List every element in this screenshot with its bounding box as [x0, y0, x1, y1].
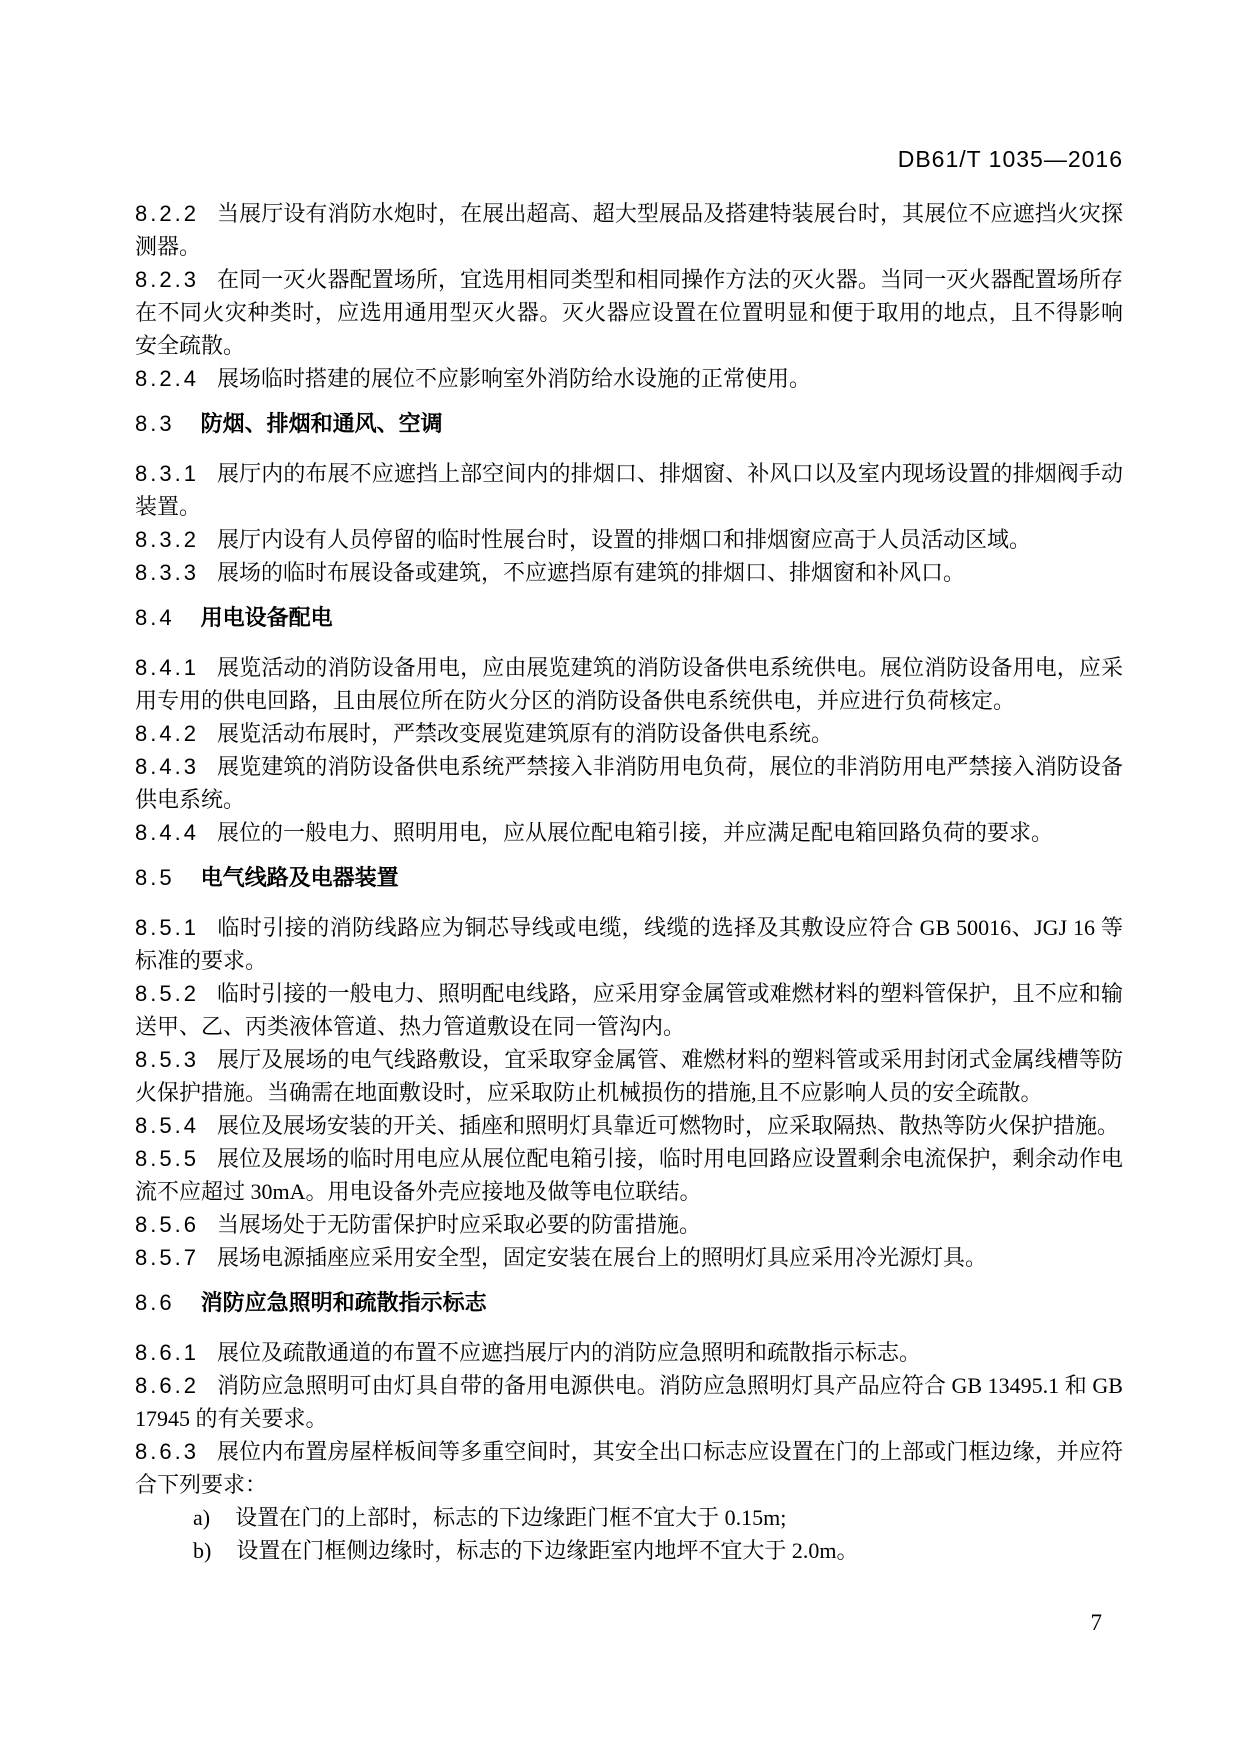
clause-number: 8.3.3: [135, 560, 199, 585]
clause-text: 展位的一般电力、照明用电，应从展位配电箱引接，并应满足配电箱回路负荷的要求。: [217, 820, 1053, 845]
clause-8.5.5: 8.5.5展位及展场的临时用电应从展位配电箱引接，临时用电回路应设置剩余电流保护…: [135, 1142, 1123, 1208]
clause-number: 8.4.1: [135, 655, 199, 680]
clause-text: 展览建筑的消防设备供电系统严禁接入非消防用电负荷，展位的非消防用电严禁接入消防设…: [135, 754, 1123, 812]
clause-number: 8.5.5: [135, 1146, 199, 1171]
section-title: 电气线路及电器装置: [201, 865, 399, 890]
standard-number-header: DB61/T 1035—2016: [0, 146, 1123, 173]
clause-number: 8.2.3: [135, 267, 199, 292]
clause-8.6.2: 8.6.2消防应急照明可由灯具自带的备用电源供电。消防应急照明灯具产品应符合 G…: [135, 1369, 1123, 1435]
clause-8.5.3: 8.5.3展厅及展场的电气线路敷设，宜采取穿金属管、难燃材料的塑料管或采用封闭式…: [135, 1043, 1123, 1109]
page-number: 7: [1091, 1610, 1103, 1636]
clause-text: 设置在门的上部时，标志的下边缘距门框不宜大于 0.15m;: [235, 1505, 786, 1530]
clause-text: 当展厅设有消防水炮时，在展出超高、超大型展品及搭建特装展台时，其展位不应遮挡火灾…: [135, 201, 1123, 259]
section-number: 8.4: [135, 605, 175, 630]
clause-number: 8.5.2: [135, 981, 199, 1006]
clause-text: 在同一灭火器配置场所，宜选用相同类型和相同操作方法的灭火器。当同一灭火器配置场所…: [135, 267, 1123, 358]
clause-8.6.1: 8.6.1展位及疏散通道的布置不应遮挡展厅内的消防应急照明和疏散指示标志。: [135, 1336, 1123, 1369]
clause-number: 8.3.2: [135, 527, 199, 552]
section-heading-8.5: 8.5电气线路及电器装置: [135, 861, 1123, 894]
clause-number: 8.4.3: [135, 754, 199, 779]
clause-text: 展场电源插座应采用安全型，固定安装在展台上的照明灯具应采用冷光源灯具。: [217, 1245, 987, 1270]
clause-8.5.4: 8.5.4展位及展场安装的开关、插座和照明灯具靠近可燃物时，应采取隔热、散热等防…: [135, 1109, 1123, 1142]
list-item-b: b)设置在门框侧边缘时，标志的下边缘距室内地坪不宜大于 2.0m。: [135, 1534, 1123, 1567]
clause-8.2.3: 8.2.3在同一灭火器配置场所，宜选用相同类型和相同操作方法的灭火器。当同一灭火…: [135, 263, 1123, 362]
section-heading-8.3: 8.3防烟、排烟和通风、空调: [135, 407, 1123, 440]
clause-text: 展位及展场安装的开关、插座和照明灯具靠近可燃物时，应采取隔热、散热等防火保护措施…: [217, 1113, 1119, 1138]
clause-8.5.6: 8.5.6当展场处于无防雷保护时应采取必要的防雷措施。: [135, 1208, 1123, 1241]
section-heading-8.4: 8.4用电设备配电: [135, 601, 1123, 634]
clause-number: 8.4.4: [135, 820, 199, 845]
clause-8.2.4: 8.2.4展场临时搭建的展位不应影响室外消防给水设施的正常使用。: [135, 362, 1123, 395]
clause-text: 展厅及展场的电气线路敷设，宜采取穿金属管、难燃材料的塑料管或采用封闭式金属线槽等…: [135, 1047, 1123, 1105]
section-heading-8.6: 8.6消防应急照明和疏散指示标志: [135, 1286, 1123, 1319]
clause-text: 展厅内的布展不应遮挡上部空间内的排烟口、排烟窗、补风口以及室内现场设置的排烟阀手…: [135, 461, 1123, 519]
clause-number: 8.6.3: [135, 1439, 199, 1464]
clause-text: 展览活动的消防设备用电，应由展览建筑的消防设备供电系统供电。展位消防设备用电，应…: [135, 655, 1123, 713]
section-number: 8.6: [135, 1290, 175, 1315]
clause-8.5.7: 8.5.7展场电源插座应采用安全型，固定安装在展台上的照明灯具应采用冷光源灯具。: [135, 1241, 1123, 1274]
clause-8.5.1: 8.5.1临时引接的消防线路应为铜芯导线或电缆，线缆的选择及其敷设应符合 GB …: [135, 911, 1123, 977]
clause-text: 展场临时搭建的展位不应影响室外消防给水设施的正常使用。: [217, 366, 811, 391]
clause-8.4.2: 8.4.2展览活动布展时，严禁改变展览建筑原有的消防设备供电系统。: [135, 717, 1123, 750]
clause-number: 8.5.4: [135, 1113, 199, 1138]
clause-text: 展位及疏散通道的布置不应遮挡展厅内的消防应急照明和疏散指示标志。: [217, 1340, 921, 1365]
clause-text: 设置在门框侧边缘时，标志的下边缘距室内地坪不宜大于 2.0m。: [236, 1538, 858, 1563]
clause-number: 8.2.4: [135, 366, 199, 391]
clause-8.4.4: 8.4.4展位的一般电力、照明用电，应从展位配电箱引接，并应满足配电箱回路负荷的…: [135, 816, 1123, 849]
clause-8.3.2: 8.3.2展厅内设有人员停留的临时性展台时，设置的排烟口和排烟窗应高于人员活动区…: [135, 523, 1123, 556]
clause-number: 8.4.2: [135, 721, 199, 746]
list-item-a: a)设置在门的上部时，标志的下边缘距门框不宜大于 0.15m;: [135, 1501, 1123, 1534]
clause-number: 8.6.2: [135, 1373, 199, 1398]
clause-text: 展位及展场的临时用电应从展位配电箱引接，临时用电回路应设置剩余电流保护，剩余动作…: [135, 1146, 1123, 1204]
document-body: 8.2.2当展厅设有消防水炮时，在展出超高、超大型展品及搭建特装展台时，其展位不…: [135, 197, 1123, 1567]
clause-text: 展厅内设有人员停留的临时性展台时，设置的排烟口和排烟窗应高于人员活动区域。: [217, 527, 1031, 552]
clause-number: 8.3.1: [135, 461, 199, 486]
clause-8.6.3: 8.6.3展位内布置房屋样板间等多重空间时，其安全出口标志应设置在门的上部或门框…: [135, 1435, 1123, 1501]
clause-8.3.3: 8.3.3展场的临时布展设备或建筑，不应遮挡原有建筑的排烟口、排烟窗和补风口。: [135, 556, 1123, 589]
section-title: 防烟、排烟和通风、空调: [201, 411, 443, 436]
clause-8.3.1: 8.3.1展厅内的布展不应遮挡上部空间内的排烟口、排烟窗、补风口以及室内现场设置…: [135, 457, 1123, 523]
clause-number: 8.5.6: [135, 1212, 199, 1237]
list-item-marker: a): [193, 1505, 210, 1530]
clause-text: 展位内布置房屋样板间等多重空间时，其安全出口标志应设置在门的上部或门框边缘，并应…: [135, 1439, 1123, 1497]
clause-text: 临时引接的消防线路应为铜芯导线或电缆，线缆的选择及其敷设应符合 GB 50016…: [135, 915, 1123, 973]
clause-8.5.2: 8.5.2临时引接的一般电力、照明配电线路，应采用穿金属管或难燃材料的塑料管保护…: [135, 977, 1123, 1043]
list-item-marker: b): [193, 1538, 211, 1563]
clause-text: 当展场处于无防雷保护时应采取必要的防雷措施。: [217, 1212, 701, 1237]
section-title: 消防应急照明和疏散指示标志: [201, 1290, 487, 1315]
clause-text: 展场的临时布展设备或建筑，不应遮挡原有建筑的排烟口、排烟窗和补风口。: [217, 560, 965, 585]
clause-8.4.3: 8.4.3展览建筑的消防设备供电系统严禁接入非消防用电负荷，展位的非消防用电严禁…: [135, 750, 1123, 816]
clause-text: 展览活动布展时，严禁改变展览建筑原有的消防设备供电系统。: [217, 721, 833, 746]
clause-number: 8.2.2: [135, 201, 199, 226]
section-number: 8.5: [135, 865, 175, 890]
clause-number: 8.5.3: [135, 1047, 199, 1072]
clause-number: 8.5.7: [135, 1245, 199, 1270]
clause-text: 临时引接的一般电力、照明配电线路，应采用穿金属管或难燃材料的塑料管保护，且不应和…: [135, 981, 1123, 1039]
section-title: 用电设备配电: [201, 605, 333, 630]
section-number: 8.3: [135, 411, 175, 436]
clause-text: 消防应急照明可由灯具自带的备用电源供电。消防应急照明灯具产品应符合 GB 134…: [135, 1373, 1123, 1431]
document-page: DB61/T 1035—2016 8.2.2当展厅设有消防水炮时，在展出超高、超…: [0, 0, 1241, 1755]
clause-number: 8.6.1: [135, 1340, 199, 1365]
clause-8.4.1: 8.4.1展览活动的消防设备用电，应由展览建筑的消防设备供电系统供电。展位消防设…: [135, 651, 1123, 717]
clause-number: 8.5.1: [135, 915, 199, 940]
clause-8.2.2: 8.2.2当展厅设有消防水炮时，在展出超高、超大型展品及搭建特装展台时，其展位不…: [135, 197, 1123, 263]
